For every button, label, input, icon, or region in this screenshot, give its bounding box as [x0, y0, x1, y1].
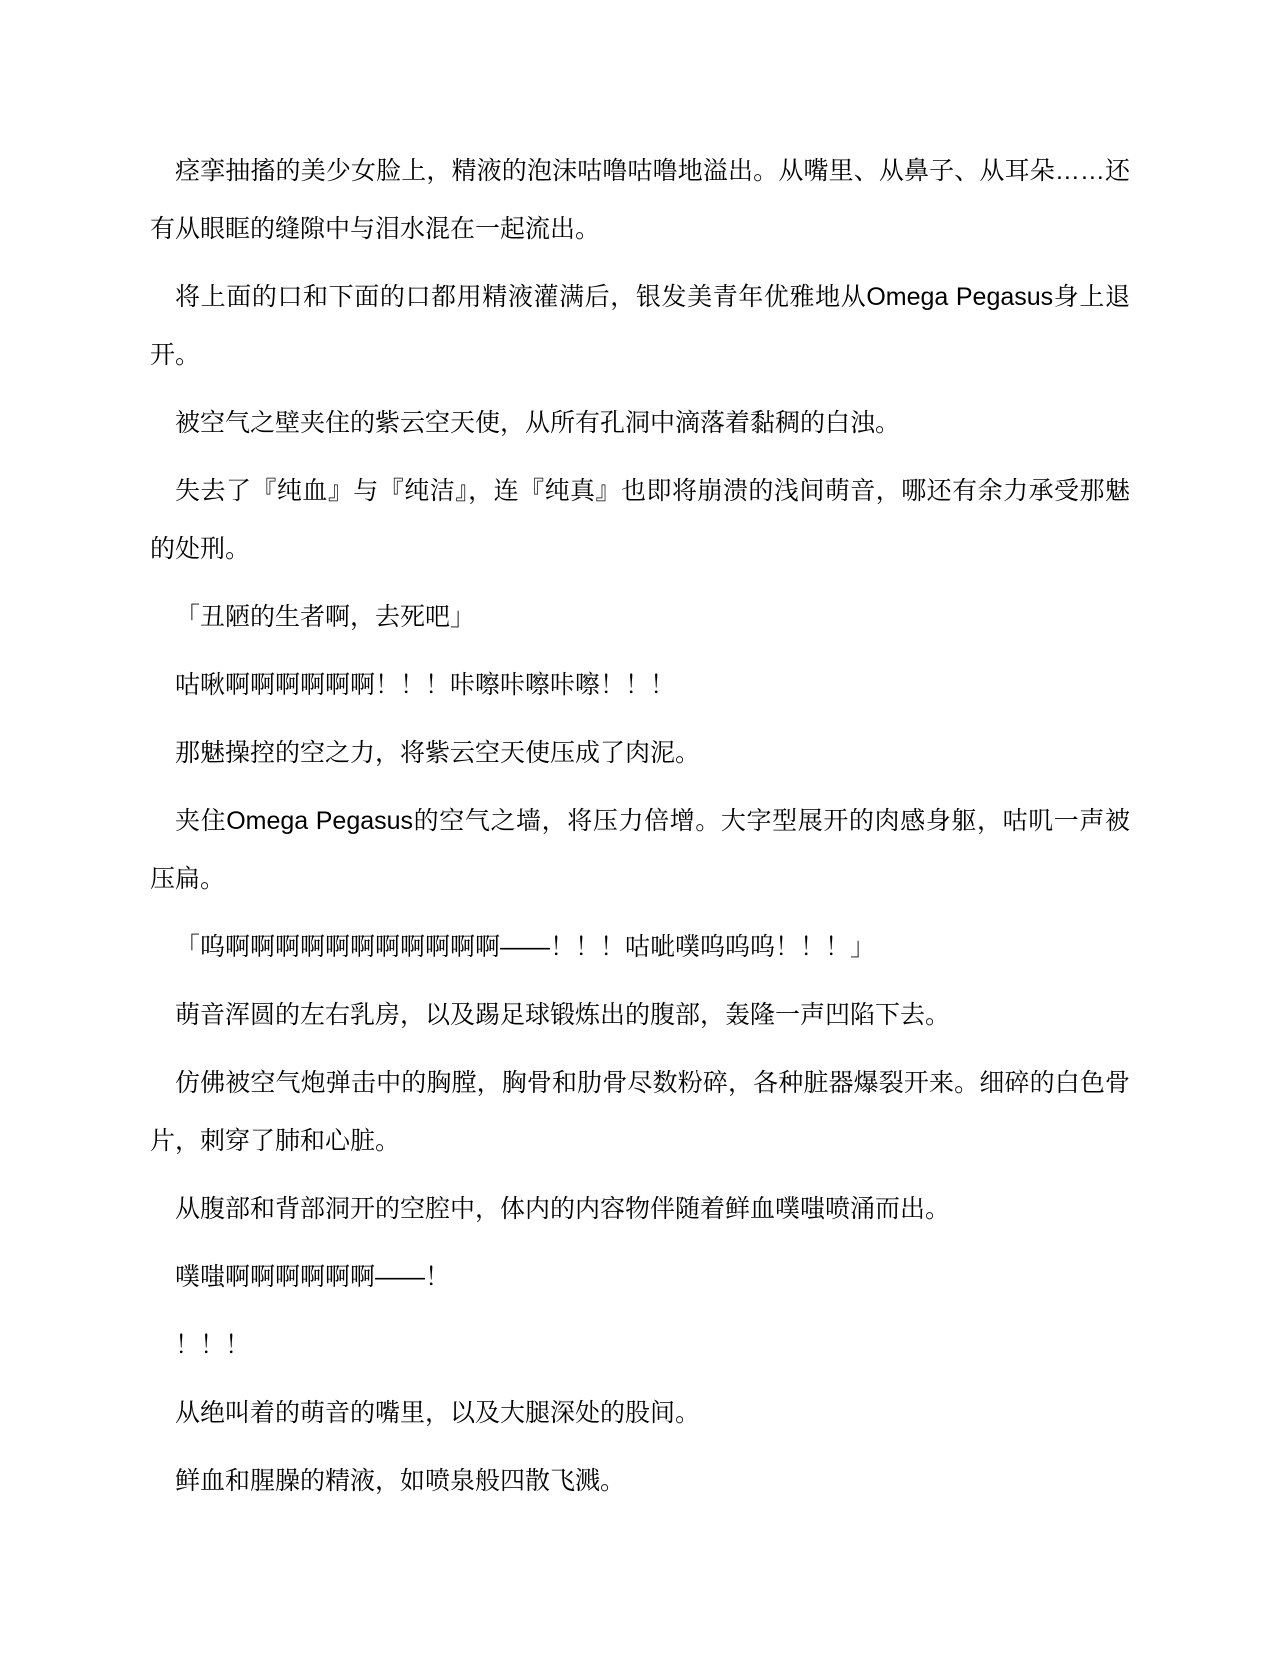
- paragraph: 从绝叫着的萌音的嘴里，以及大腿深处的股间。: [150, 1384, 1130, 1442]
- paragraph: 痉挛抽搐的美少女脸上，精液的泡沫咕噜咕噜地溢出。从嘴里、从鼻子、从耳朵……还有从…: [150, 142, 1130, 258]
- paragraph: 从腹部和背部洞开的空腔中，体内的内容物伴随着鲜血噗嗤喷涌而出。: [150, 1180, 1130, 1238]
- paragraph: 仿佛被空气炮弹击中的胸膛，胸骨和肋骨尽数粉碎，各种脏器爆裂开来。细碎的白色骨片，…: [150, 1054, 1130, 1170]
- paragraph: 萌音浑圆的左右乳房，以及踢足球锻炼出的腹部，轰隆一声凹陷下去。: [150, 986, 1130, 1044]
- paragraph: 失去了『纯血』与『纯洁』，连『纯真』也即将崩溃的浅间萌音，哪还有余力承受那魅的处…: [150, 462, 1130, 578]
- paragraph: 将上面的口和下面的口都用精液灌满后，银发美青年优雅地从Omega Pegasus…: [150, 268, 1130, 384]
- paragraph: 被空气之壁夹住的紫云空天使，从所有孔洞中滴落着黏稠的白浊。: [150, 394, 1130, 452]
- document-page: 痉挛抽搐的美少女脸上，精液的泡沫咕噜咕噜地溢出。从嘴里、从鼻子、从耳朵……还有从…: [0, 0, 1280, 1656]
- paragraph: 咕啾啊啊啊啊啊啊！！！咔嚓咔嚓咔嚓！！！: [150, 656, 1130, 714]
- paragraph: 「呜啊啊啊啊啊啊啊啊啊啊啊——！！！咕呲噗呜呜呜！！！」: [150, 918, 1130, 976]
- paragraph: 噗嗤啊啊啊啊啊啊——！: [150, 1248, 1130, 1306]
- paragraph: ！！！: [150, 1316, 1130, 1374]
- paragraph: 那魅操控的空之力，将紫云空天使压成了肉泥。: [150, 724, 1130, 782]
- paragraph: 鲜血和腥臊的精液，如喷泉般四散飞溅。: [150, 1452, 1130, 1510]
- paragraph: 夹住Omega Pegasus的空气之墙，将压力倍增。大字型展开的肉感身躯，咕叽…: [150, 792, 1130, 908]
- paragraph: 「丑陋的生者啊，去死吧」: [150, 588, 1130, 646]
